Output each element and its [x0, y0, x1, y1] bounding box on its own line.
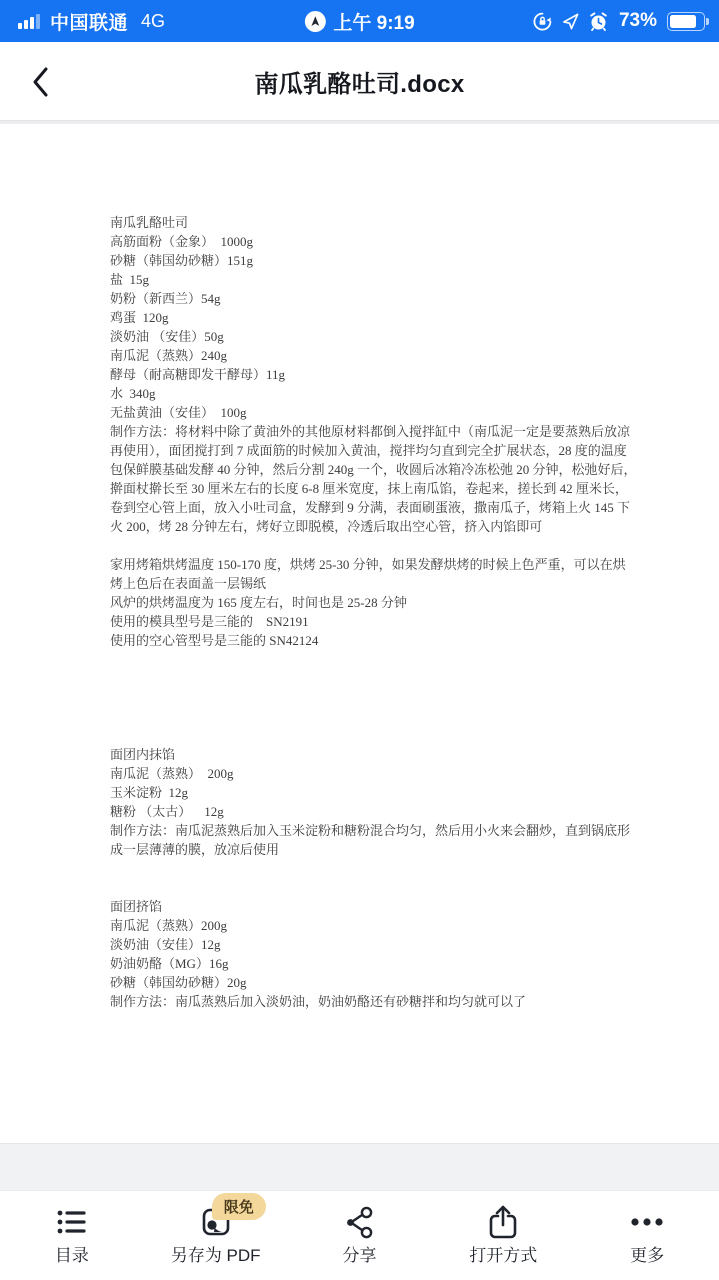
location-arrow-icon [561, 12, 580, 31]
carrier-label: 中国联通 [50, 8, 128, 35]
signal-strength-icon [18, 13, 41, 29]
doc-line: 使用的空心管型号是三能的 SN42124 [110, 631, 639, 650]
doc-line: 淡奶油（安佳）12g [110, 935, 639, 954]
export-box-arrow-icon [487, 1199, 519, 1245]
doc-line: 水 340g [110, 384, 639, 403]
status-left: 中国联通 4G [18, 8, 165, 35]
doc-line [110, 726, 639, 745]
toc-button[interactable]: 目录 [0, 1191, 144, 1280]
doc-line: 南瓜泥（蒸熟）240g [110, 346, 639, 365]
back-button[interactable] [22, 64, 58, 100]
doc-line: 淡奶油 （安佳）50g [110, 327, 639, 346]
doc-line: 无盐黄油（安佳） 100g [110, 403, 639, 422]
doc-line: 南瓜乳酪吐司 [110, 213, 639, 232]
open-with-label: 打开方式 [469, 1245, 537, 1267]
doc-line: 面团挤馅 [110, 897, 639, 916]
orientation-lock-icon [532, 11, 553, 32]
more-label: 更多 [630, 1245, 664, 1267]
doc-line: 奶油奶酪（MG）16g [110, 954, 639, 973]
doc-line [110, 650, 639, 669]
doc-line: 烤上色后在表面盖一层锡纸 [110, 574, 639, 593]
more-button[interactable]: 更多 [575, 1191, 719, 1280]
clock-label: 上午 9:19 [333, 8, 414, 35]
doc-line: 高筋面粉（金象） 1000g [110, 232, 639, 251]
doc-line: 砂糖（韩国幼砂糖）20g [110, 973, 639, 992]
status-right: 73% [532, 10, 705, 32]
network-type-label: 4G [141, 11, 165, 32]
doc-line [110, 878, 639, 897]
status-center: 上午 9:19 [304, 0, 414, 42]
page-gap-band [0, 1143, 719, 1190]
doc-line: 卷到空心管上面，放入小吐司盒，发酵到 9 分满，表面刷蛋液，撒南瓜子，烤箱上火 … [110, 498, 639, 517]
doc-line [110, 669, 639, 688]
toc-list-icon [56, 1199, 88, 1245]
limited-free-badge: 限免 [212, 1193, 266, 1220]
open-with-button[interactable]: 打开方式 [431, 1191, 575, 1280]
doc-line: 玉米淀粉 12g [110, 783, 639, 802]
doc-line: 使用的模具型号是三能的 SN2191 [110, 612, 639, 631]
doc-line: 制作方法：南瓜蒸熟后加入淡奶油，奶油奶酪还有砂糖拌和均匀就可以了 [110, 992, 639, 1011]
battery-percent-label: 73% [619, 10, 657, 32]
toc-label: 目录 [55, 1245, 89, 1267]
bottom-toolbar: 目录 另存为 PDF 限免 分享 [0, 1190, 719, 1280]
doc-line: 鸡蛋 120g [110, 308, 639, 327]
doc-line [110, 859, 639, 878]
doc-line: 酵母（耐高糖即发干酵母）11g [110, 365, 639, 384]
document-page[interactable]: 南瓜乳酪吐司高筋面粉（金象） 1000g砂糖（韩国幼砂糖）151g盐 15g奶粉… [0, 124, 719, 1143]
doc-line: 再使用），面团搅打到 7 成面筋的时候加入黄油，搅拌均匀直到完全扩展状态，28 … [110, 441, 639, 460]
navigation-active-icon [304, 11, 325, 32]
save-as-pdf-label: 另存为 PDF [171, 1245, 261, 1267]
share-button[interactable]: 分享 [288, 1191, 432, 1280]
doc-line: 擀面杖擀长至 30 厘米左右的长度 6-8 厘米宽度，抹上南瓜馅，卷起来，搓长到… [110, 479, 639, 498]
doc-line: 家用烤箱烘烤温度 150-170 度，烘烤 25-30 分钟，如果发酵烘烤的时候… [110, 555, 639, 574]
doc-line: 火 200，烤 28 分钟左右，烤好立即脱模，冷透后取出空心管，挤入内馅即可 [110, 517, 639, 536]
doc-line: 制作方法：南瓜泥蒸熟后加入玉米淀粉和糖粉混合均匀，然后用小火来会翻炒，直到锅底形 [110, 821, 639, 840]
doc-line: 成一层薄薄的膜，放凉后使用 [110, 840, 639, 859]
doc-line: 风炉的烘烤温度为 165 度左右，时间也是 25-28 分钟 [110, 593, 639, 612]
doc-line: 包保鲜膜基础发酵 40 分钟，然后分割 240g 一个，收圆后冰箱冷冻松弛 20… [110, 460, 639, 479]
alarm-clock-icon [588, 11, 609, 32]
doc-line: 盐 15g [110, 270, 639, 289]
doc-line [110, 707, 639, 726]
doc-line: 南瓜泥（蒸熟） 200g [110, 764, 639, 783]
battery-icon [667, 12, 705, 31]
doc-line: 砂糖（韩国幼砂糖）151g [110, 251, 639, 270]
more-dots-icon [628, 1199, 666, 1245]
doc-line: 奶粉（新西兰）54g [110, 289, 639, 308]
doc-line [110, 688, 639, 707]
doc-line: 面团内抹馅 [110, 745, 639, 764]
doc-line: 南瓜泥（蒸熟）200g [110, 916, 639, 935]
share-label: 分享 [342, 1245, 376, 1267]
save-as-pdf-button[interactable]: 另存为 PDF 限免 [144, 1191, 288, 1280]
nav-bar: 南瓜乳酪吐司.docx [0, 42, 719, 120]
status-bar: 中国联通 4G 上午 9:19 [0, 0, 719, 42]
doc-line: 制作方法：将材料中除了黄油外的其他原材料都倒入搅拌缸中（南瓜泥一定是要蒸熟后放凉 [110, 422, 639, 441]
share-nodes-icon [344, 1199, 375, 1245]
document-title: 南瓜乳酪吐司.docx [0, 64, 719, 99]
doc-line: 糖粉 （太古） 12g [110, 802, 639, 821]
doc-line [110, 536, 639, 555]
